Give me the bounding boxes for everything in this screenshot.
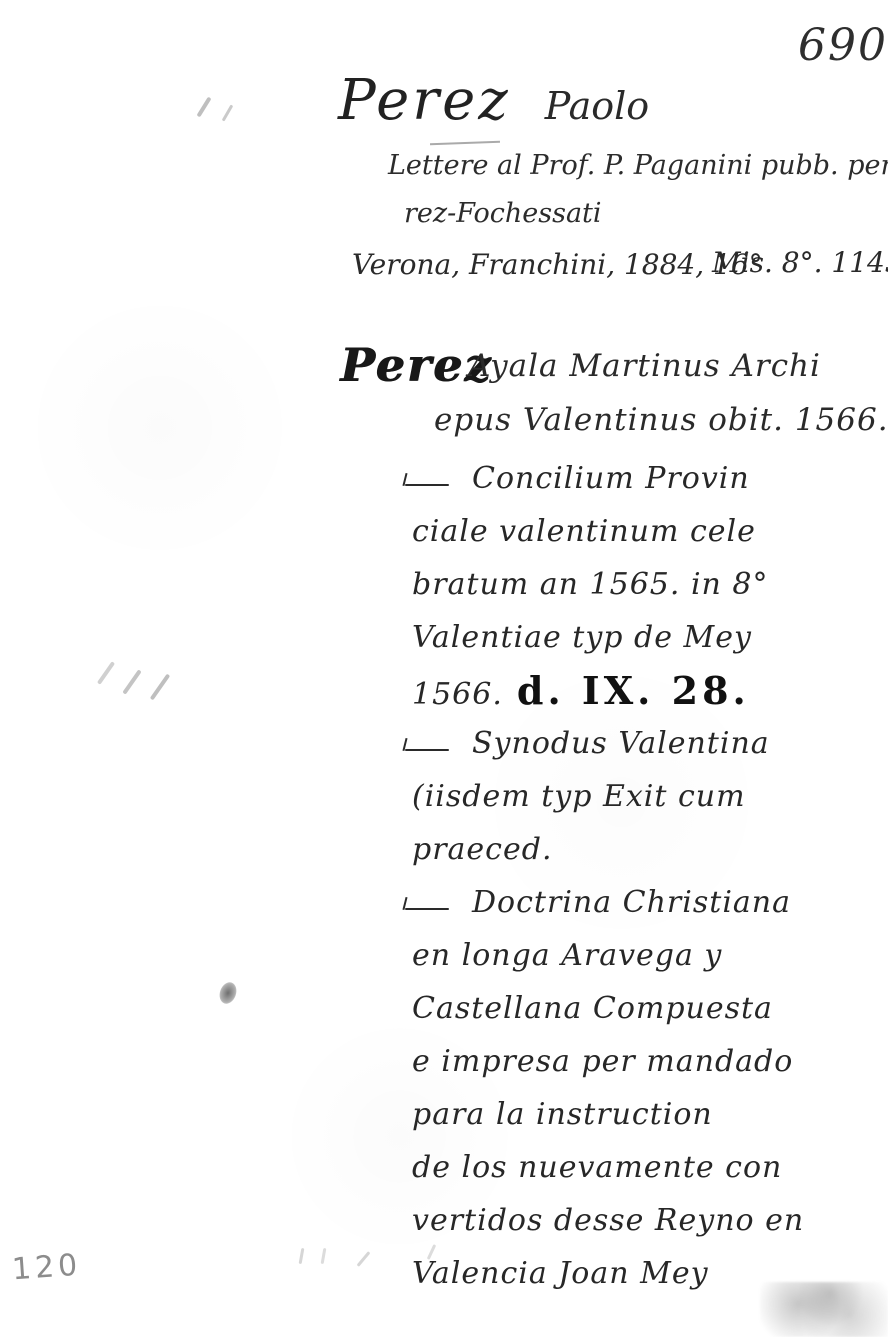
item3-line2: en longa Aravega y bbox=[398, 929, 876, 982]
entry-dash-mark bbox=[404, 897, 450, 911]
entry-dash-mark bbox=[404, 473, 450, 487]
item-text: Doctrina Christiana bbox=[472, 885, 791, 920]
pencil-mark bbox=[357, 1251, 371, 1267]
entry1-title-line1: Lettere al Prof. P. Paganini pubb. per l… bbox=[388, 150, 888, 181]
item3-line7: vertidos desse Reyno en bbox=[398, 1194, 876, 1247]
item-text: Synodus Valentina bbox=[472, 726, 770, 761]
pencil-mark bbox=[97, 661, 115, 685]
item3-line4: e impresa per mandado bbox=[398, 1035, 876, 1088]
pencil-page-number: 120 bbox=[11, 1248, 83, 1288]
item1-line5: 1566.d. IX. 28. bbox=[398, 664, 876, 717]
entry2-author-line2: epus Valentinus obit. 1566. bbox=[434, 402, 888, 438]
heading-flourish-line bbox=[430, 141, 500, 145]
scan-corner-noise bbox=[760, 1282, 888, 1337]
item1-line4: Valentiae typ de Mey bbox=[398, 611, 876, 664]
item3-line3: Castellana Compuesta bbox=[398, 982, 876, 1035]
item-text: Concilium Provin bbox=[472, 461, 750, 496]
item3-line6: de los nuevamente con bbox=[398, 1141, 876, 1194]
entry1-surname: Perez bbox=[338, 68, 511, 133]
entry1-imprint: Verona, Franchini, 1884, 16° bbox=[352, 248, 763, 281]
pencil-mark bbox=[196, 97, 211, 118]
pencil-mark bbox=[321, 1248, 327, 1264]
entry-perez-paolo-heading: PerezPaolo bbox=[338, 68, 649, 133]
entry2-author-line1: Ayala Martinus Archi bbox=[468, 348, 821, 384]
item1-line1: Concilium Provin bbox=[398, 452, 876, 505]
pencil-mark bbox=[150, 674, 170, 701]
item3-line1: Doctrina Christiana bbox=[398, 876, 876, 929]
item2-line2: (iisdem typ Exit cum bbox=[398, 770, 876, 823]
pencil-mark bbox=[222, 104, 234, 121]
item2-line3: praeced. bbox=[398, 823, 876, 876]
ink-smudge bbox=[217, 980, 240, 1006]
item1-shelfmark: d. IX. 28. bbox=[517, 668, 750, 713]
item1-line3: bratum an 1565. in 8° bbox=[398, 558, 876, 611]
manuscript-page: 690 PerezPaolo Lettere al Prof. P. Pagan… bbox=[0, 0, 888, 1337]
item1-line2: ciale valentinum cele bbox=[398, 505, 876, 558]
entry-dash-mark bbox=[404, 738, 450, 752]
item2-line1: Synodus Valentina bbox=[398, 717, 876, 770]
pencil-mark bbox=[299, 1248, 305, 1264]
entry1-title-line2: rez-Fochessati bbox=[404, 198, 602, 229]
entry1-shelfmark: Mis. 8°. 1145 bbox=[712, 246, 888, 279]
entry1-given-name: Paolo bbox=[545, 84, 649, 128]
folio-number: 690 bbox=[798, 20, 888, 71]
item3-line5: para la instruction bbox=[398, 1088, 876, 1141]
item-text: 1566. bbox=[412, 677, 503, 712]
pencil-mark bbox=[122, 669, 141, 694]
entry2-item-list: Concilium Provin ciale valentinum cele b… bbox=[398, 452, 876, 1300]
